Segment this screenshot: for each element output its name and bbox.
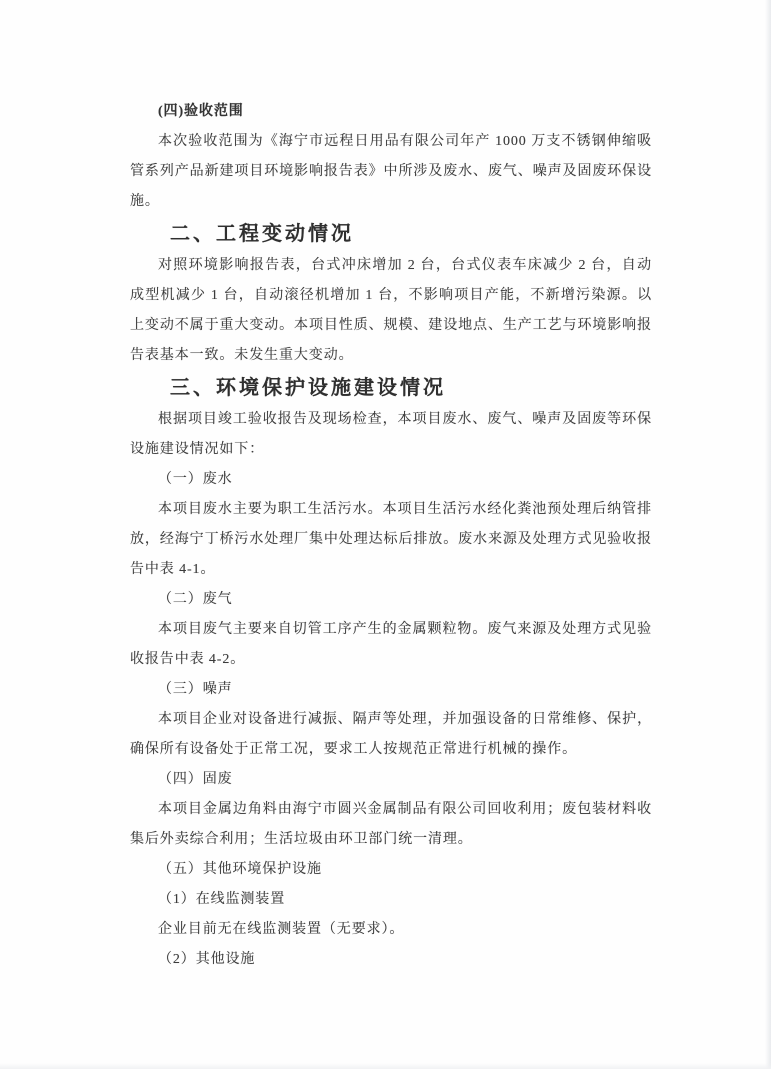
subheading-acceptance-scope: (四)验收范围	[130, 97, 652, 127]
paragraph-noise: 本项目企业对设备进行减振、隔声等处理，并加强设备的日常维修、保护，确保所有设备处…	[130, 705, 652, 765]
paragraph-solid-waste: 本项目金属边角料由海宁市圆兴金属制品有限公司回收利用；废包装材料收集后外卖综合利…	[130, 795, 652, 855]
subheading-online-monitoring: （1）在线监测装置	[130, 885, 652, 915]
subheading-other-env-facilities: （五）其他环境保护设施	[130, 855, 652, 885]
scan-edge-right	[765, 0, 771, 1069]
paragraph-acceptance-scope: 本次验收范围为《海宁市远程日用品有限公司年产 1000 万支不锈钢伸缩吸管系列产…	[130, 127, 652, 217]
document-page: (四)验收范围 本次验收范围为《海宁市远程日用品有限公司年产 1000 万支不锈…	[0, 0, 771, 1069]
subheading-wastewater: （一）废水	[130, 465, 652, 495]
scan-edge-bottom	[0, 1063, 771, 1069]
subheading-waste-gas: （二）废气	[130, 585, 652, 615]
subheading-noise: （三）噪声	[130, 675, 652, 705]
heading-env-protection-facilities: 三、环境保护设施建设情况	[130, 371, 652, 405]
heading-project-changes: 二、工程变动情况	[130, 217, 652, 251]
paragraph-wastewater: 本项目废水主要为职工生活污水。本项目生活污水经化粪池预处理后纳管排放，经海宁丁桥…	[130, 495, 652, 585]
paragraph-online-monitoring: 企业目前无在线监测装置（无要求）。	[130, 915, 652, 945]
paragraph-waste-gas: 本项目废气主要来自切管工序产生的金属颗粒物。废气来源及处理方式见验收报告中表 4…	[130, 615, 652, 675]
paragraph-project-changes: 对照环境影响报告表，台式冲床增加 2 台，台式仪表车床减少 2 台，自动成型机减…	[130, 251, 652, 371]
subheading-solid-waste: （四）固废	[130, 765, 652, 795]
subheading-other-equipment: （2）其他设施	[130, 945, 652, 975]
paragraph-env-facilities-intro: 根据项目竣工验收报告及现场检查，本项目废水、废气、噪声及固废等环保设施建设情况如…	[130, 405, 652, 465]
document-text-block: (四)验收范围 本次验收范围为《海宁市远程日用品有限公司年产 1000 万支不锈…	[130, 97, 652, 975]
